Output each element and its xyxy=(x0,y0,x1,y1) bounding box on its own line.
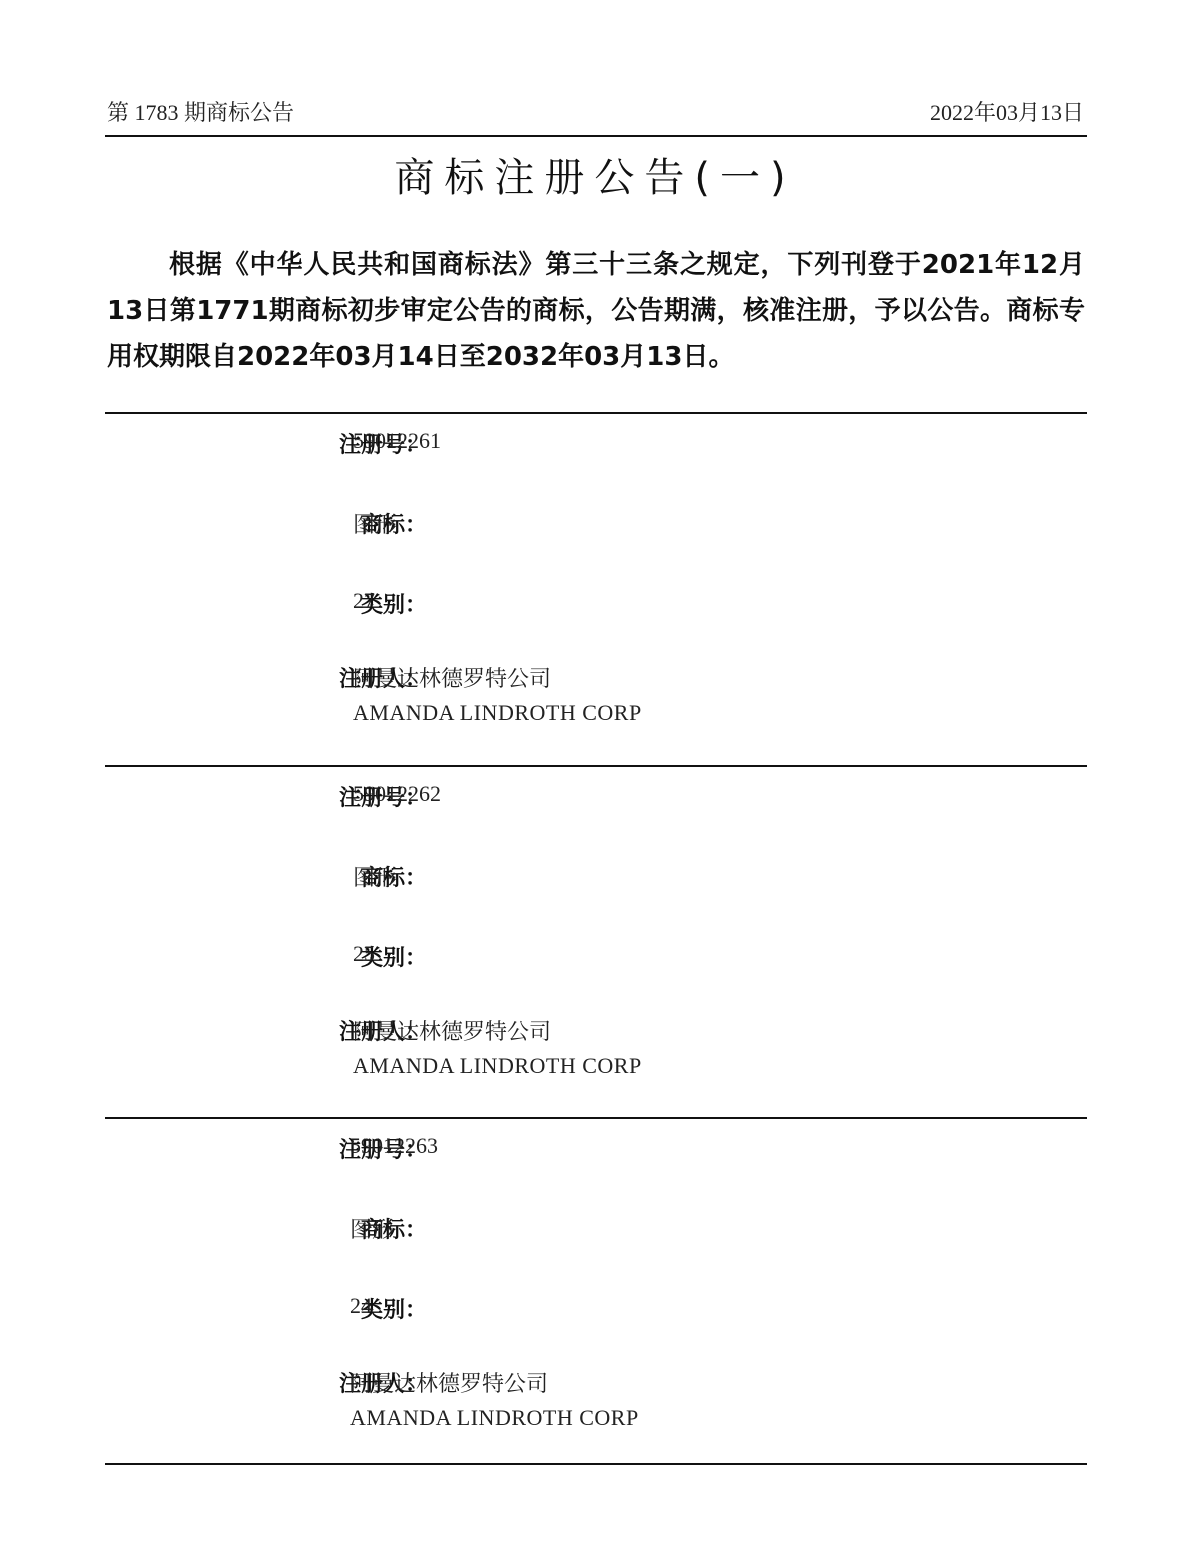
entry-divider xyxy=(105,412,1087,414)
reg-no-value: 59012262 xyxy=(353,781,441,807)
mark-row: 商标： 图形 xyxy=(105,508,1087,542)
reg-no-row: 注册号： 59012262 xyxy=(105,781,1087,815)
class-value: 27 xyxy=(353,588,375,614)
entry-divider xyxy=(105,765,1087,767)
intro-paragraph: 根据《中华人民共和国商标法》第三十三条之规定，下列刊登于2021年12月13日第… xyxy=(107,242,1085,380)
registrant-name-cn: 阿曼达林德罗特公司 xyxy=(350,1367,548,1398)
reg-no-row: 注册号： 59012263 xyxy=(105,1133,1087,1167)
registrant-name-en: AMANDA LINDROTH CORP xyxy=(353,1053,642,1079)
registrant-en-row: AMANDA LINDROTH CORP xyxy=(105,700,1087,734)
mark-row: 商标： 图形 xyxy=(105,1213,1087,1247)
registrant-row: 注册人： 阿曼达林德罗特公司 xyxy=(105,1015,1087,1049)
registrant-name-en: AMANDA LINDROTH CORP xyxy=(350,1405,639,1431)
class-row: 类别： 27 xyxy=(105,588,1087,622)
registrant-en-row: AMANDA LINDROTH CORP xyxy=(105,1053,1087,1087)
registrant-row: 注册人： 阿曼达林德罗特公司 xyxy=(105,662,1087,696)
registrant-row: 注册人： 阿曼达林德罗特公司 xyxy=(105,1367,1087,1401)
mark-value: 图形 xyxy=(353,861,397,892)
reg-no-row: 注册号： 59012261 xyxy=(105,428,1087,462)
mark-value: 图形 xyxy=(353,508,397,539)
registrant-name-cn: 阿曼达林德罗特公司 xyxy=(353,662,551,693)
class-row: 类别： 25 xyxy=(105,941,1087,975)
document-page: 第 1783 期商标公告 2022年03月13日 商标注册公告(一) 根据《中华… xyxy=(0,0,1190,1564)
reg-no-value: 59012261 xyxy=(353,428,441,454)
mark-row: 商标： 图形 xyxy=(105,861,1087,895)
class-value: 25 xyxy=(353,941,375,967)
mark-value: 图形 xyxy=(350,1213,394,1244)
entry-divider xyxy=(105,1117,1087,1119)
footer-divider xyxy=(105,1463,1087,1465)
issue-date: 2022年03月13日 xyxy=(930,96,1084,127)
registrant-name-en: AMANDA LINDROTH CORP xyxy=(353,700,642,726)
registrant-name-cn: 阿曼达林德罗特公司 xyxy=(353,1015,551,1046)
reg-no-value: 59012263 xyxy=(350,1133,438,1159)
registrant-en-row: AMANDA LINDROTH CORP xyxy=(105,1405,1087,1439)
header-divider xyxy=(105,135,1087,137)
class-row: 类别： 24 xyxy=(105,1293,1087,1327)
issue-number: 第 1783 期商标公告 xyxy=(107,96,294,127)
class-value: 24 xyxy=(350,1293,372,1319)
page-title: 商标注册公告(一) xyxy=(0,146,1190,203)
